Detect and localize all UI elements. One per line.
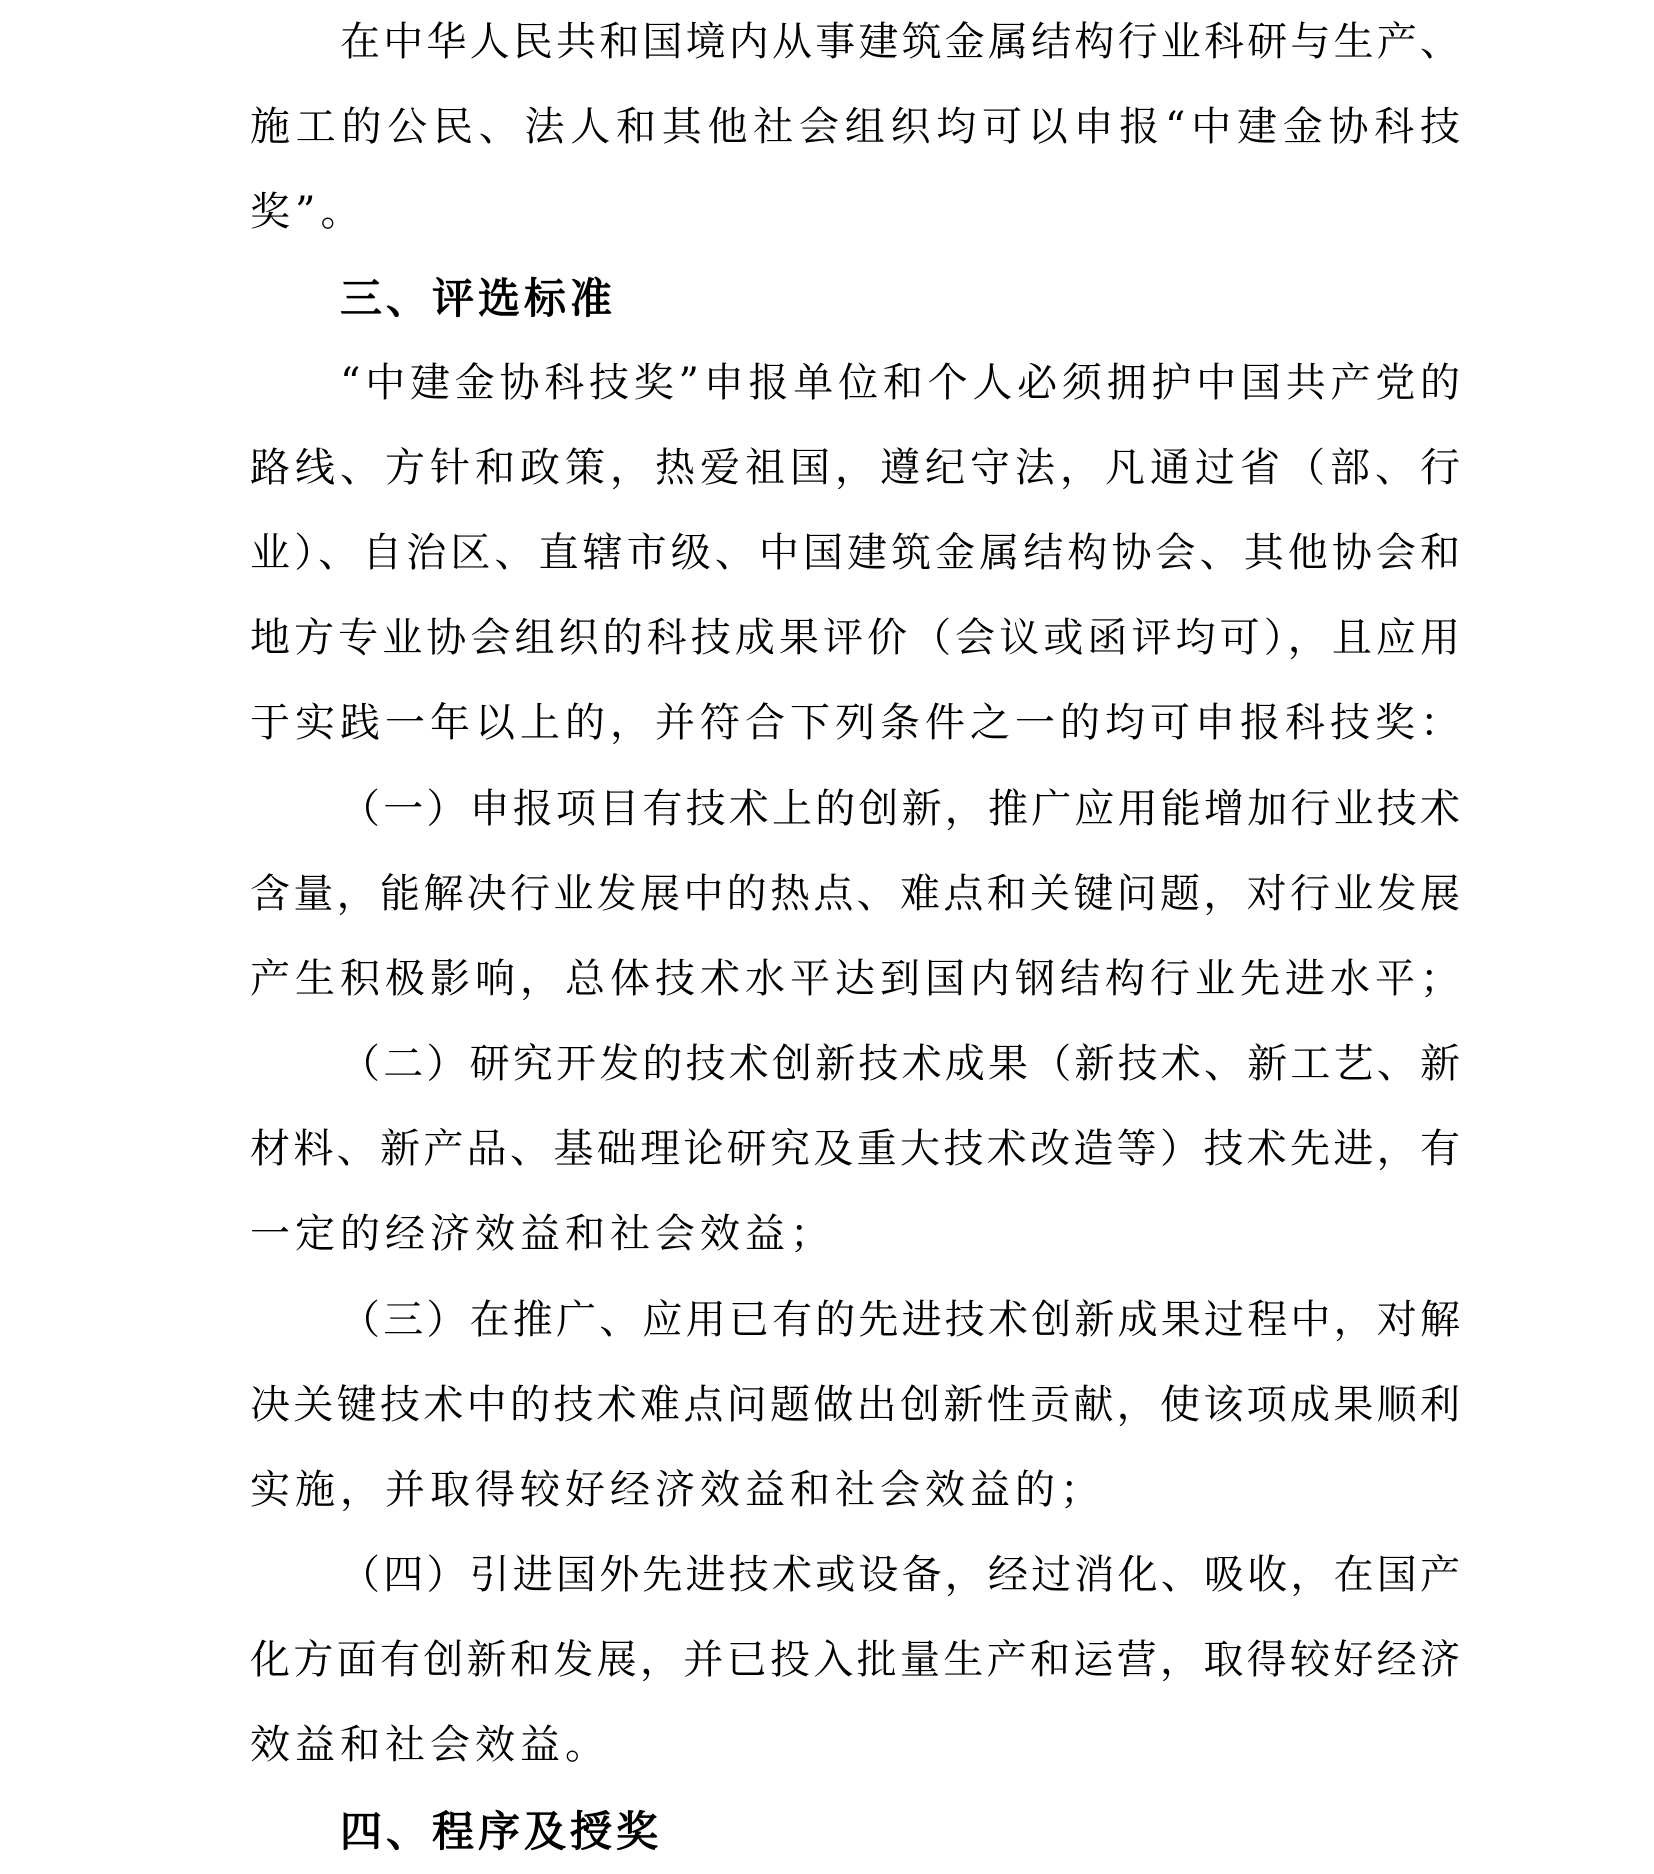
document-line: 地方专业协会组织的科技成果评价（会议或函评均可），且应用 [250,596,1460,681]
document-page: 在中华人民共和国境内从事建筑金属结构行业科研与生产、 施工的公民、法人和其他社会… [0,0,1654,1874]
document-line: （四）引进国外先进技术或设备，经过消化、吸收，在国产 [250,1533,1460,1618]
document-line: 含量，能解决行业发展中的热点、难点和关键问题，对行业发展 [250,852,1460,937]
section-heading-procedure: 四、程序及授奖 [250,1789,1460,1874]
document-line: 产生积极影响，总体技术水平达到国内钢结构行业先进水平； [250,937,1460,1022]
document-line: 实施，并取得较好经济效益和社会效益的； [250,1448,1460,1533]
document-line: “中建金协科技奖”申报单位和个人必须拥护中国共产党的 [250,341,1460,426]
document-line: （二）研究开发的技术创新技术成果（新技术、新工艺、新 [250,1022,1460,1107]
document-line: 决关键技术中的技术难点问题做出创新性贡献，使该项成果顺利 [250,1363,1460,1448]
document-line: 化方面有创新和发展，并已投入批量生产和运营，取得较好经济 [250,1618,1460,1703]
document-line: 业）、自治区、直辖市级、中国建筑金属结构协会、其他协会和 [250,511,1460,596]
document-line: （三）在推广、应用已有的先进技术创新成果过程中，对解 [250,1278,1460,1363]
document-line: 一定的经济效益和社会效益； [250,1192,1460,1277]
document-line: 奖”。 [250,170,1460,255]
document-line: 在中华人民共和国境内从事建筑金属结构行业科研与生产、 [250,0,1460,85]
section-heading-criteria: 三、评选标准 [250,256,1460,341]
document-line: 施工的公民、法人和其他社会组织均可以申报“中建金协科技 [250,85,1460,170]
document-line: 材料、新产品、基础理论研究及重大技术改造等）技术先进，有 [250,1107,1460,1192]
document-line: 于实践一年以上的，并符合下列条件之一的均可申报科技奖： [250,681,1460,766]
document-line: （一）申报项目有技术上的创新，推广应用能增加行业技术 [250,767,1460,852]
document-line: 路线、方针和政策，热爱祖国，遵纪守法，凡通过省（部、行 [250,426,1460,511]
document-line: 效益和社会效益。 [250,1703,1460,1788]
